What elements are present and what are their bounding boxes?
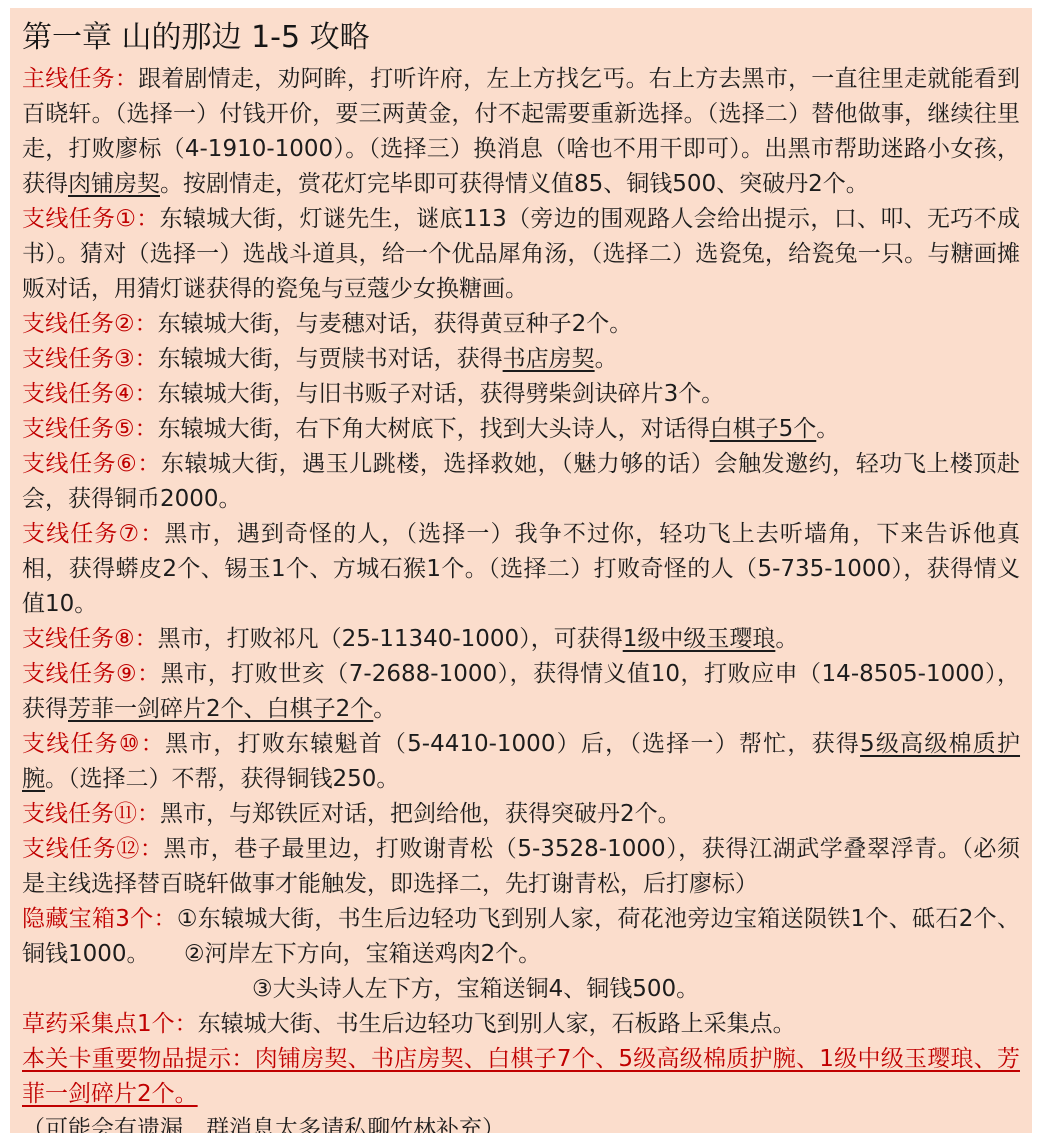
section-label: 支线任务③：: [22, 346, 158, 372]
section-label: 支线任务②：: [22, 311, 158, 337]
text-segment: 黑市，打败东辕魁首（5-4410-1000）后，（选择一）帮忙，获得: [165, 731, 860, 757]
text-segment: 黑市，与郑铁匠对话，把剑给他，获得突破丹2个。: [160, 801, 681, 827]
section-label: 草药采集点1个：: [22, 1011, 198, 1037]
paragraph-side-quest-5: 支线任务⑤：东辕城大街，右下角大树底下，找到大头诗人，对话得白棋子5个。: [22, 412, 1020, 447]
paragraph-side-quest-2: 支线任务②：东辕城大街，与麦穗对话，获得黄豆种子2个。: [22, 307, 1020, 342]
text-segment: 东辕城大街，右下角大树底下，找到大头诗人，对话得: [158, 416, 710, 442]
paragraph-herb-point: 草药采集点1个：东辕城大街、书生后边轻功飞到别人家，石板路上采集点。: [22, 1007, 1020, 1042]
document-page: 第一章 山的那边 1-5 攻略 主线任务：跟着剧情走，劝阿眸，打听许府，左上方找…: [10, 8, 1032, 1133]
section-label: 隐藏宝箱3个：: [22, 906, 177, 932]
section-label: 支线任务⑩：: [22, 731, 165, 757]
text-segment: 东辕城大街，与麦穗对话，获得黄豆种子2个。: [158, 311, 633, 337]
text-segment: （可能会有遗漏，群消息太多请私聊竹林补充）: [22, 1116, 505, 1133]
document-body: 主线任务：跟着剧情走，劝阿眸，打听许府，左上方找乞丐。右上方去黑市，一直往里走就…: [22, 62, 1020, 1133]
text-segment: 。: [373, 696, 396, 722]
section-label: 支线任务⑧：: [22, 626, 158, 652]
text-segment: 肉铺房契: [68, 171, 160, 197]
paragraph-side-quest-1: 支线任务①：东辕城大街，灯谜先生，谜底113（旁边的围观路人会给出提示，口、叩、…: [22, 202, 1020, 307]
paragraph-side-quest-8: 支线任务⑧：黑市，打败祁凡（25-11340-1000），可获得1级中级玉璎琅。: [22, 622, 1020, 657]
text-segment: 。: [816, 416, 839, 442]
text-segment: 黑市，遇到奇怪的人，（选择一）我争不过你，轻功飞上去听墙角，下来告诉他真相，获得…: [22, 521, 1020, 617]
section-label: 支线任务④：: [22, 381, 158, 407]
text-segment: ③大头诗人左下方，宝箱送铜4、铜钱500。: [252, 976, 699, 1002]
text-segment: 1级中级玉璎琅: [623, 626, 776, 652]
section-label: 支线任务⑥：: [22, 451, 161, 477]
section-label: 主线任务：: [22, 66, 138, 92]
text-segment: 书店房契: [503, 346, 595, 372]
paragraph-footnote: （可能会有遗漏，群消息太多请私聊竹林补充）: [22, 1112, 1020, 1133]
paragraph-side-quest-3: 支线任务③：东辕城大街，与贾牍书对话，获得书店房契。: [22, 342, 1020, 377]
section-label: 支线任务⑨：: [22, 661, 161, 687]
text-segment: 东辕城大街，灯谜先生，谜底113（旁边的围观路人会给出提示，口、叩、无巧不成书）…: [22, 206, 1020, 302]
text-segment: 。按剧情走，赏花灯完毕即可获得情义值85、铜钱500、突破丹2个。: [160, 171, 869, 197]
paragraph-side-quest-7: 支线任务⑦：黑市，遇到奇怪的人，（选择一）我争不过你，轻功飞上去听墙角，下来告诉…: [22, 517, 1020, 622]
section-label: 支线任务①：: [22, 206, 160, 232]
text-segment: 黑市，巷子最里边，打败谢青松（5-3528-1000），获得江湖武学叠翠浮青。（…: [22, 836, 1020, 897]
paragraph-side-quest-6: 支线任务⑥：东辕城大街，遇玉儿跳楼，选择救她，（魅力够的话）会触发邀约，轻功飞上…: [22, 447, 1020, 517]
paragraph-important-items: 本关卡重要物品提示：肉铺房契、书店房契、白棋子7个、5级高级棉质护腕、1级中级玉…: [22, 1042, 1020, 1112]
paragraph-side-quest-11: 支线任务⑪：黑市，与郑铁匠对话，把剑给他，获得突破丹2个。: [22, 797, 1020, 832]
section-label: 支线任务⑪：: [22, 801, 160, 827]
text-segment: 东辕城大街，与旧书贩子对话，获得劈柴剑诀碎片3个。: [158, 381, 725, 407]
text-segment: 。: [775, 626, 798, 652]
paragraph-side-quest-12: 支线任务⑫：黑市，巷子最里边，打败谢青松（5-3528-1000），获得江湖武学…: [22, 832, 1020, 902]
section-label: 支线任务⑫：: [22, 836, 164, 862]
text-segment: 芳菲一剑碎片2个、白棋子2个: [68, 696, 373, 722]
text-segment: 本关卡重要物品提示：肉铺房契、书店房契、白棋子7个、5级高级棉质护腕、1级中级玉…: [22, 1046, 1020, 1107]
paragraph-main-quest: 主线任务：跟着剧情走，劝阿眸，打听许府，左上方找乞丐。右上方去黑市，一直往里走就…: [22, 62, 1020, 202]
text-segment: 黑市，打败祁凡（25-11340-1000），可获得: [158, 626, 623, 652]
text-segment: 。: [595, 346, 618, 372]
paragraph-hidden-chest-3: ③大头诗人左下方，宝箱送铜4、铜钱500。: [22, 972, 1020, 1007]
text-segment: 。（选择二）不帮，获得铜钱250。: [45, 766, 399, 792]
paragraph-side-quest-9: 支线任务⑨：黑市，打败世亥（7-2688-1000），获得情义值10，打败应申（…: [22, 657, 1020, 727]
paragraph-side-quest-10: 支线任务⑩：黑市，打败东辕魁首（5-4410-1000）后，（选择一）帮忙，获得…: [22, 727, 1020, 797]
section-label: 支线任务⑦：: [22, 521, 164, 547]
text-segment: 东辕城大街，遇玉儿跳楼，选择救她，（魅力够的话）会触发邀约，轻功飞上楼顶赴会，获…: [22, 451, 1020, 512]
text-segment: 白棋子5个: [710, 416, 817, 442]
paragraph-hidden-chests: 隐藏宝箱3个：①东辕城大街，书生后边轻功飞到别人家，荷花池旁边宝箱送陨铁1个、砥…: [22, 902, 1020, 972]
text-segment: 东辕城大街、书生后边轻功飞到别人家，石板路上采集点。: [198, 1011, 796, 1037]
section-label: 支线任务⑤：: [22, 416, 158, 442]
paragraph-side-quest-4: 支线任务④：东辕城大街，与旧书贩子对话，获得劈柴剑诀碎片3个。: [22, 377, 1020, 412]
page-title: 第一章 山的那边 1-5 攻略: [22, 16, 1020, 60]
text-segment: 东辕城大街，与贾牍书对话，获得: [158, 346, 503, 372]
